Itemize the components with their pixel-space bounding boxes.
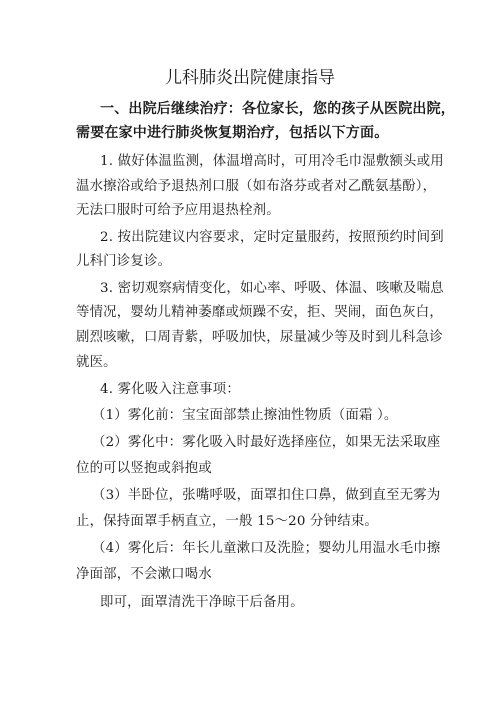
item4-sub4-line2: 净面部，不会漱口喝水	[76, 563, 212, 582]
item4-sub4-line3: 即可，面罩清洗干净晾干后备用。	[100, 591, 304, 610]
section1-line2: 需要在家中进行肺炎恢复期治疗，包括以下方面。	[76, 122, 388, 142]
item4-sub2-line2: 位的可以竖抱或斜抱或	[76, 457, 212, 476]
item4-sub4-line1: （4）雾化后：年长儿童漱口及洗脸；婴幼儿用温水毛巾擦	[92, 537, 440, 556]
document-title: 儿科肺炎出院健康指导	[0, 63, 500, 88]
item2-line2: 儿科门诊复诊。	[76, 250, 171, 269]
item4-sub3-line2: 止，保持面罩手柄直立，一般 15～20 分钟结束。	[76, 510, 378, 529]
item4-sub1: （1）雾化前：宝宝面部禁止擦油性物质（面霜 ）。	[92, 404, 397, 423]
item1-line2: 温水擦浴或给予退热剂口服（如布洛芬或者对乙酰氨基酚），	[76, 175, 436, 194]
item3-line4: 就医。	[76, 351, 117, 370]
item4-sub2-line1: （2）雾化中：雾化吸入时最好选择座位，如果无法采取座	[92, 431, 440, 450]
item1-line3: 无法口服时可给予应用退热栓剂。	[76, 199, 280, 218]
item2-line1: 2. 按出院建议内容要求，定时定量服药，按照预约时间到	[100, 226, 444, 245]
item3-line2: 等情况，婴幼儿精神萎靡或烦躁不安，拒、哭闹，面色灰白，	[76, 301, 443, 320]
item3-line1: 3. 密切观察病情变化，如心率、呼吸、体温、咳嗽及喘息	[100, 277, 444, 296]
item3-line3: 剧烈咳嗽，口周青紫，呼吸加快，尿量减少等及时到儿科急诊	[76, 326, 443, 345]
section1-line1: 一、出院后继续治疗：各位家长，您的孩子从医院出院，	[100, 98, 455, 118]
item1-line1: 1. 做好体温监测，体温增高时，可用冷毛巾湿敷额头或用	[100, 150, 444, 169]
item4-heading: 4. 雾化吸入注意事项：	[100, 378, 240, 397]
item4-sub3-line1: （3）半卧位，张嘴呼吸，面罩扣住口鼻，做到直至无雾为	[92, 484, 440, 503]
